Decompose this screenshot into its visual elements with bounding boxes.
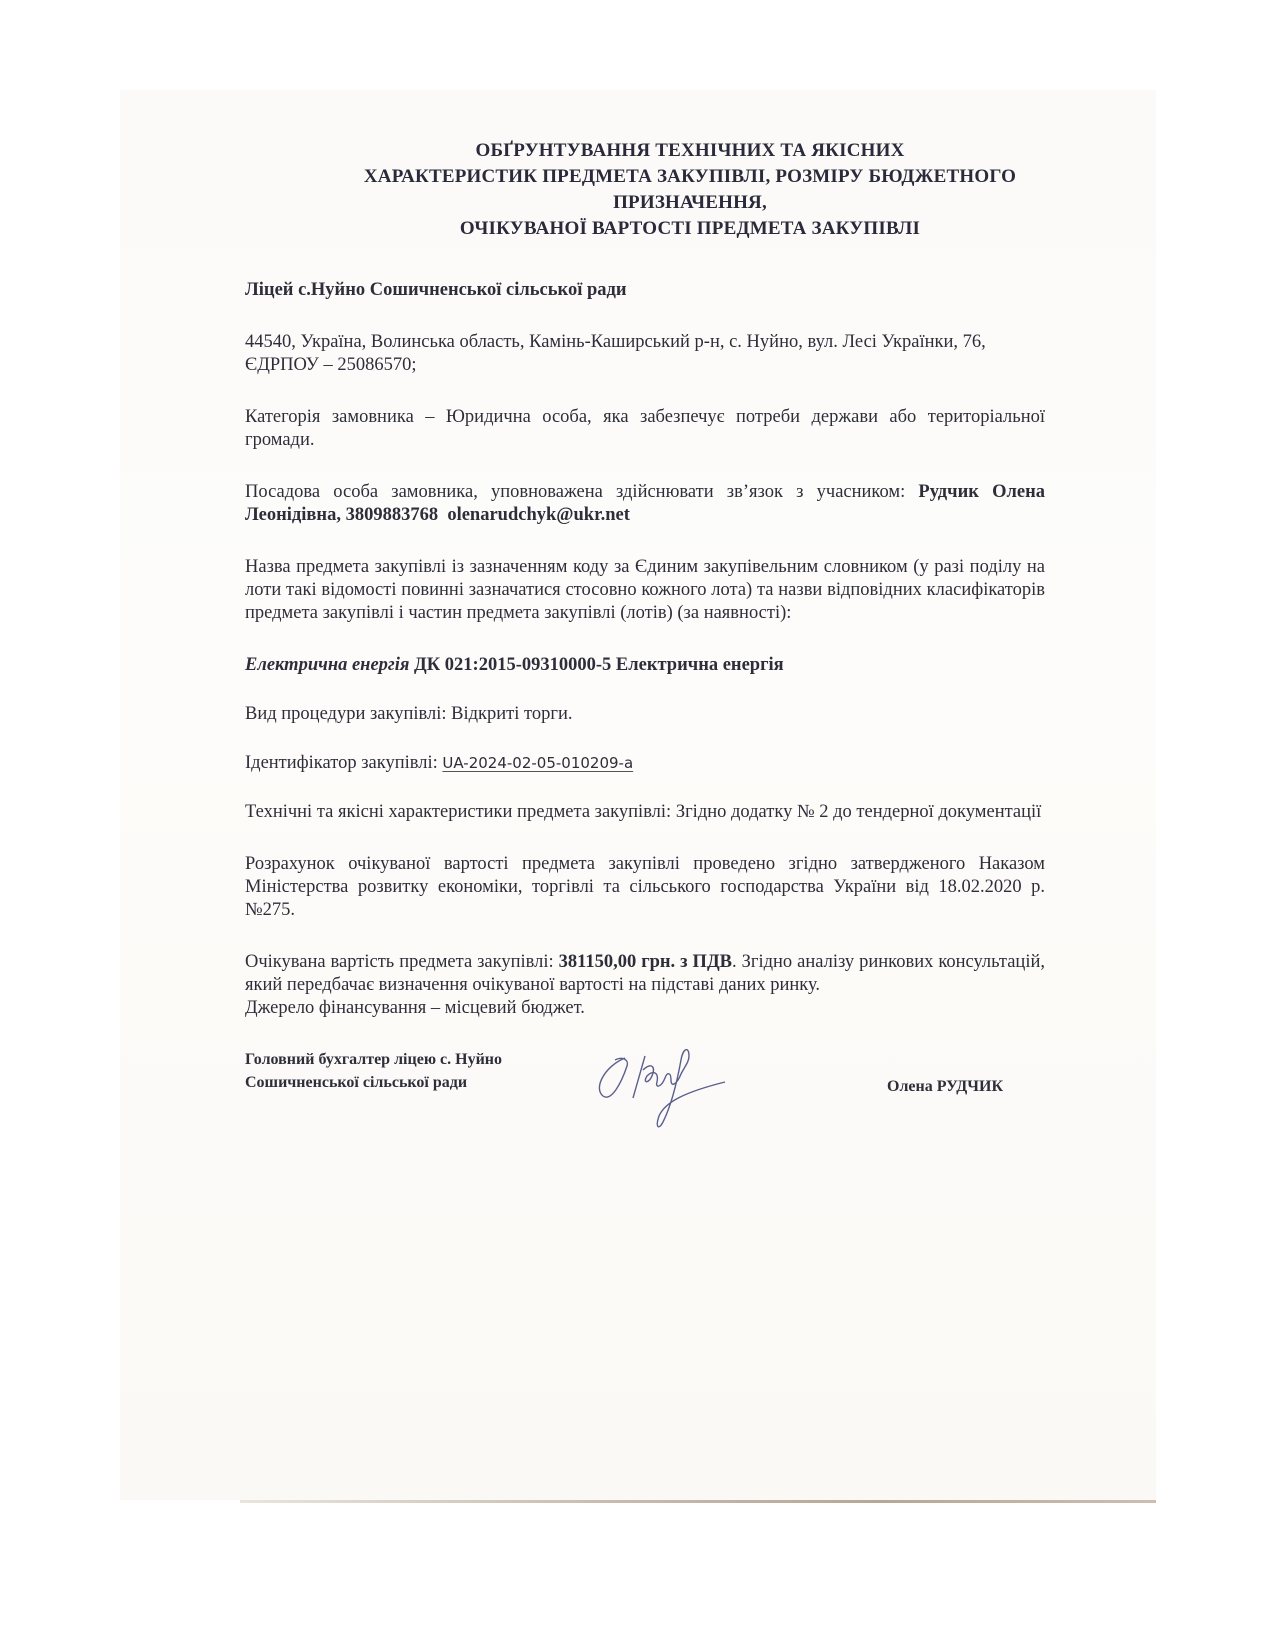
- procurement-subject: Електрична енергія ДК 021:2015-09310000-…: [245, 654, 1045, 677]
- address: 44540, Україна, Волинська область, Камін…: [245, 332, 986, 352]
- expected-value-amount: 381150,00 грн. з ПДВ: [559, 952, 732, 972]
- document-title: ОБҐРУНТУВАННЯ ТЕХНІЧНИХ ТА ЯКІСНИХ ХАРАК…: [295, 138, 1085, 242]
- title-line: ОЧІКУВАНОЇ ВАРТОСТІ ПРЕДМЕТА ЗАКУПІВЛІ: [295, 216, 1085, 242]
- subject-code: ДК 021:2015-09310000-5 Електрична енергі…: [414, 655, 784, 675]
- procurement-identifier: Ідентифікатор закупівлі: UA-2024-02-05-0…: [245, 752, 1045, 775]
- address-block: 44540, Україна, Волинська область, Камін…: [245, 331, 1045, 377]
- expected-value-label: Очікувана вартість предмета закупівлі:: [245, 952, 554, 972]
- edrpou: ЄДРПОУ – 25086570;: [245, 355, 417, 375]
- signer-name: Олена РУДЧИК: [887, 1075, 1003, 1098]
- subject-intro: Назва предмета закупівлі із зазначенням …: [245, 556, 1045, 625]
- identifier-label: Ідентифікатор закупівлі:: [245, 753, 438, 773]
- position-line: Головний бухгалтер ліцею с. Нуйно: [245, 1048, 502, 1071]
- customer-category: Категорія замовника – Юридична особа, як…: [245, 406, 1045, 452]
- expected-value: Очікувана вартість предмета закупівлі: 3…: [245, 951, 1045, 997]
- value-calculation: Розрахунок очікуваної вартості предмета …: [245, 853, 1045, 922]
- funding-source: Джерело фінансування – місцевий бюджет.: [245, 997, 1045, 1020]
- contact-person: Посадова особа замовника, уповноважена з…: [245, 481, 1045, 527]
- signature-block: Головний бухгалтер ліцею с. Нуйно Сошичн…: [245, 1048, 1045, 1138]
- organization-name: Ліцей с.Нуйно Сошичненської сільської ра…: [245, 279, 1045, 302]
- signer-position: Головний бухгалтер ліцею с. Нуйно Сошичн…: [245, 1048, 502, 1094]
- technical-characteristics: Технічні та якісні характеристики предме…: [245, 801, 1045, 824]
- procedure-type: Вид процедури закупівлі: Відкриті торги.: [245, 703, 1045, 726]
- contact-label: Посадова особа замовника, уповноважена з…: [245, 482, 905, 502]
- document-body: ОБҐРУНТУВАННЯ ТЕХНІЧНИХ ТА ЯКІСНИХ ХАРАК…: [245, 138, 1045, 1138]
- position-line: Сошичненської сільської ради: [245, 1071, 502, 1094]
- title-line: ПРИЗНАЧЕННЯ,: [295, 190, 1085, 216]
- subject-name: Електрична енергія: [245, 655, 409, 675]
- title-line: ХАРАКТЕРИСТИК ПРЕДМЕТА ЗАКУПІВЛІ, РОЗМІР…: [295, 164, 1085, 190]
- title-line: ОБҐРУНТУВАННЯ ТЕХНІЧНИХ ТА ЯКІСНИХ: [295, 138, 1085, 164]
- contact-email[interactable]: olenarudchyk@ukr.net: [447, 505, 630, 525]
- contact-phone: 3809883768: [346, 505, 439, 525]
- identifier-value[interactable]: UA-2024-02-05-010209-a: [442, 754, 633, 772]
- handwritten-signature-icon: [585, 1026, 755, 1136]
- page-edge-shadow: [240, 1500, 1156, 1503]
